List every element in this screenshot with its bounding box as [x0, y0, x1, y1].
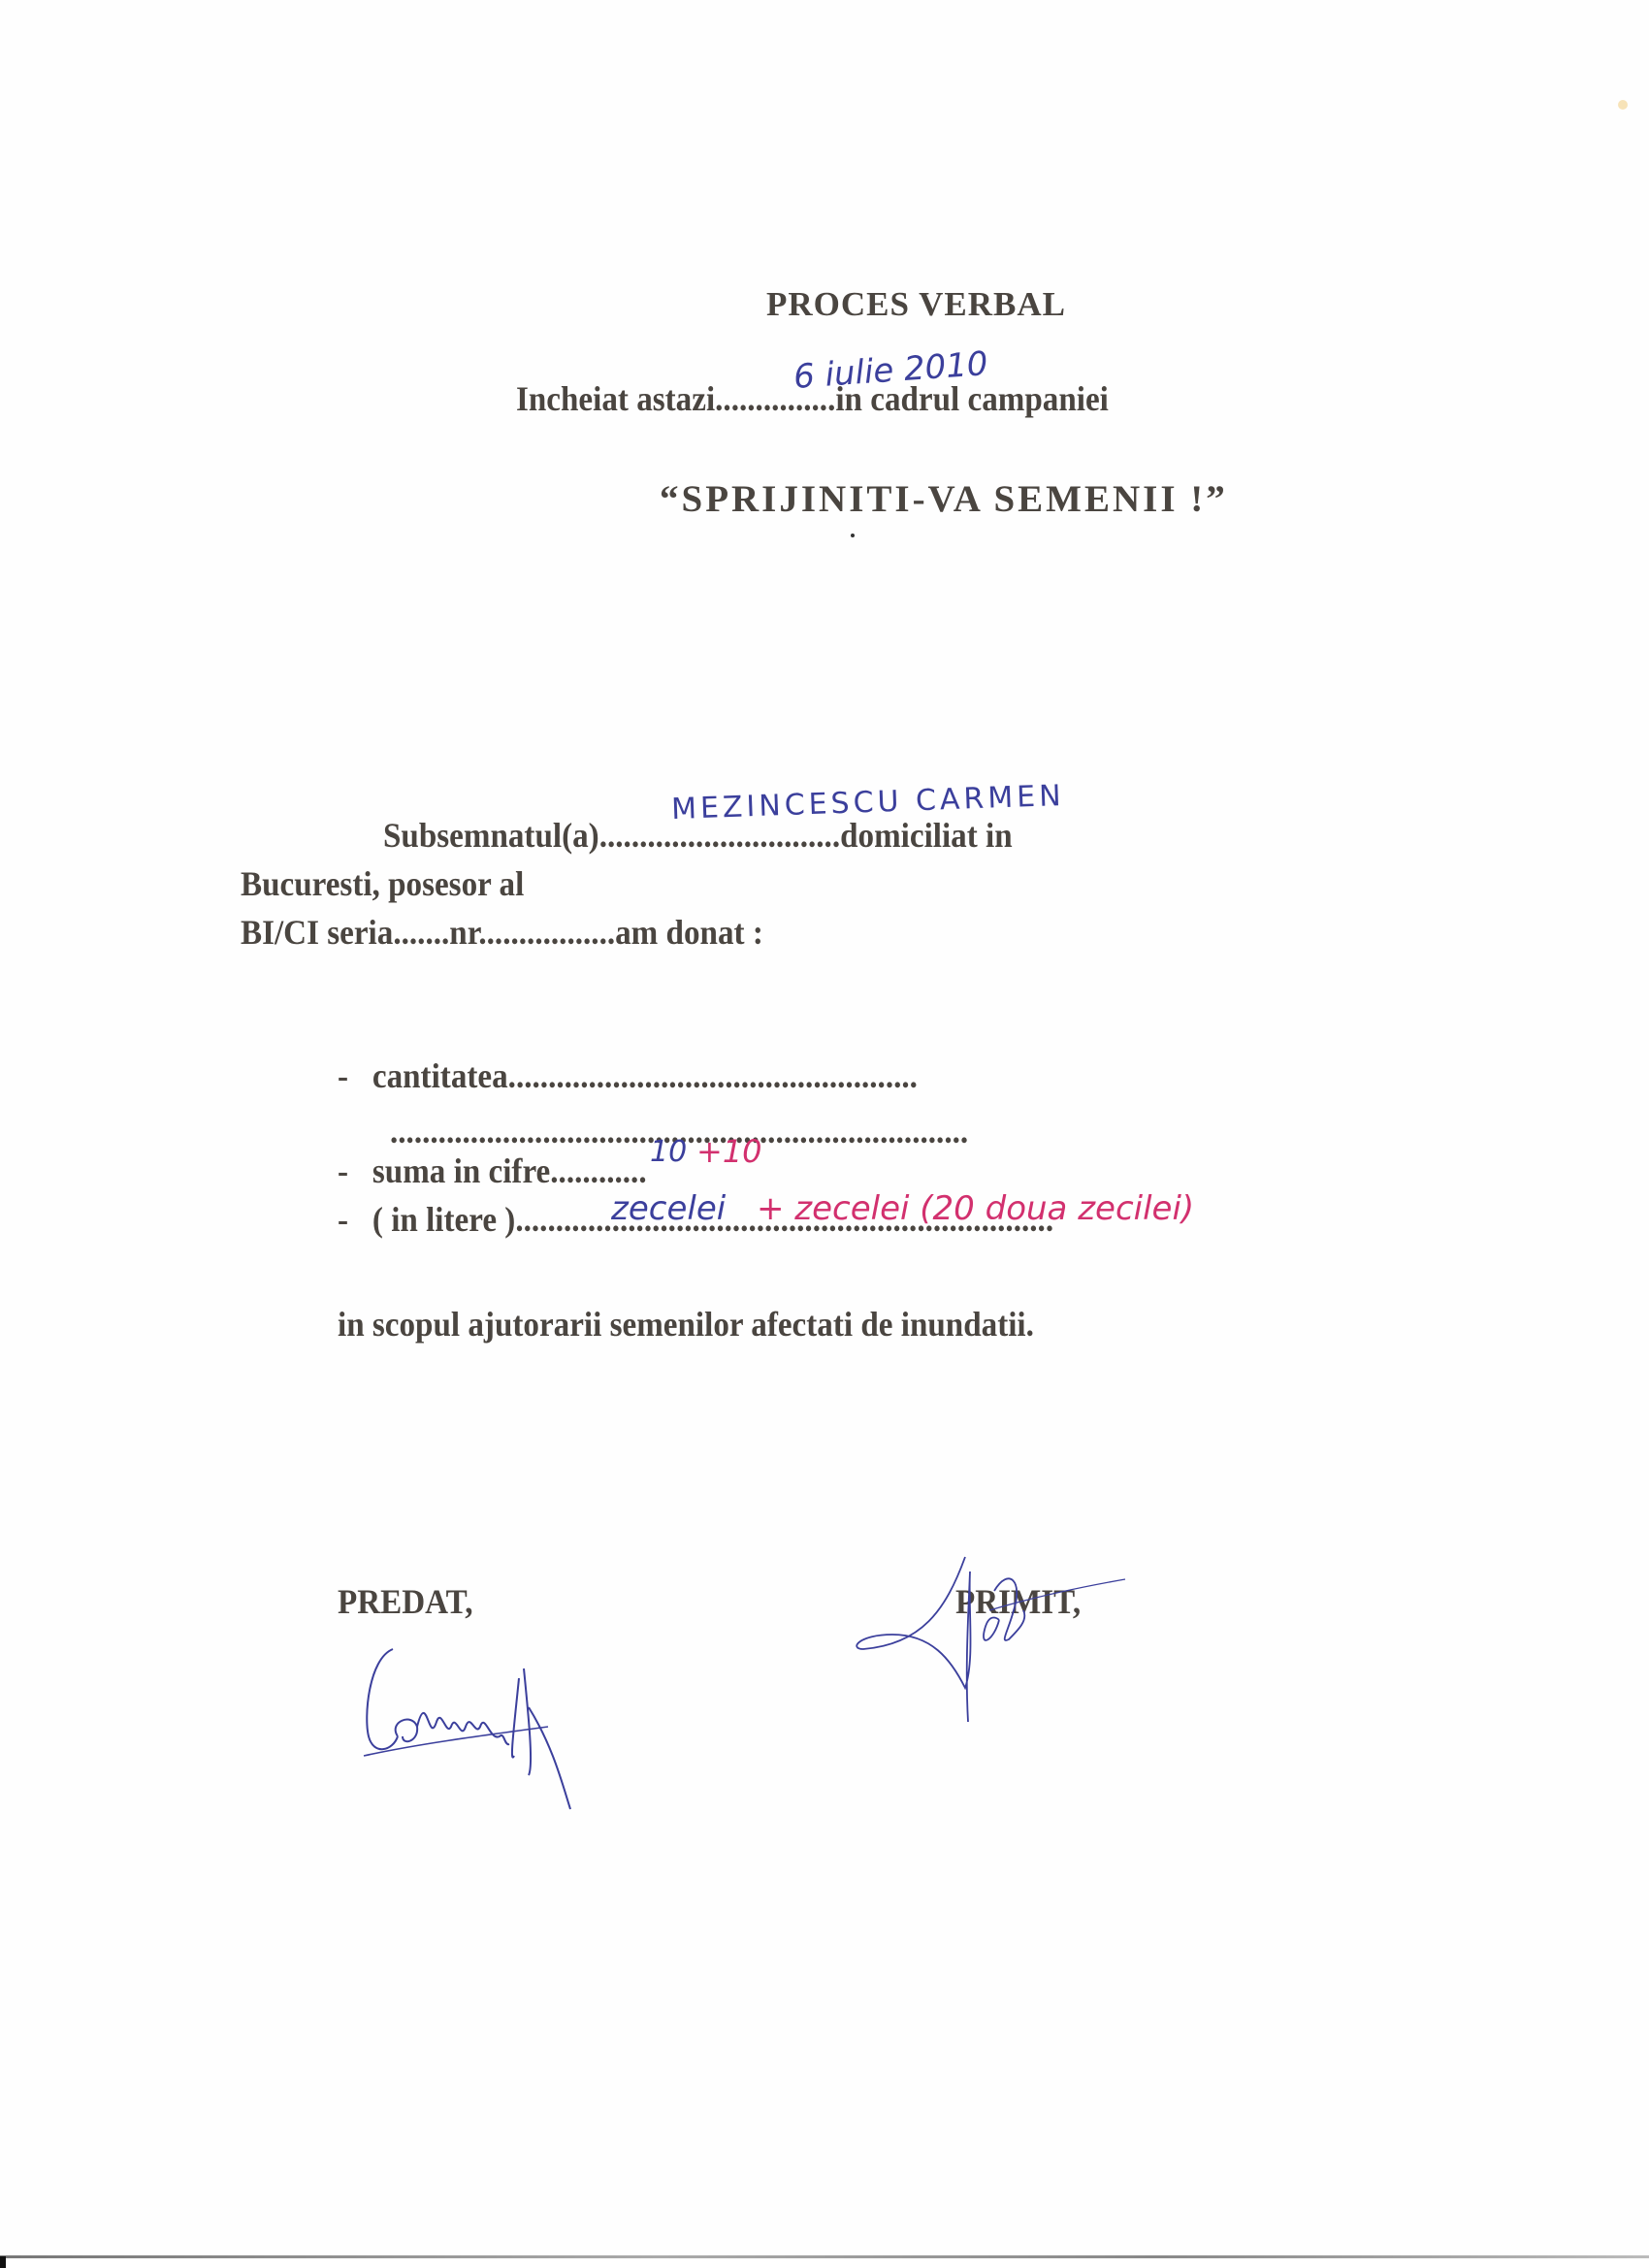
signature-received-icon: [854, 1552, 1145, 1746]
handwritten-sum-pink: +10: [696, 1133, 762, 1170]
item-bullet: -: [338, 1151, 348, 1190]
scan-speck: [1618, 100, 1628, 110]
id-line: BI/CI seria.......nr.................am …: [241, 912, 763, 953]
campaign-name: “SPRIJINITI-VA SEMENII !”: [660, 477, 1228, 521]
id-series-dots: .......: [393, 913, 449, 952]
item-dots: ............: [550, 1151, 646, 1190]
purpose-line: in scopul ajutorarii semenilor afectati …: [338, 1304, 1034, 1345]
donated-label: am donat :: [615, 913, 763, 952]
undersigned-label: Subsemnatul(a): [383, 816, 599, 855]
item-label: cantitatea: [372, 1056, 508, 1095]
handwritten-sum-blue: 10: [650, 1135, 687, 1169]
item-label: suma in cifre: [372, 1151, 550, 1190]
item-quantity: - cantitatea............................…: [338, 1055, 918, 1096]
id-nr-dots: .................: [478, 913, 615, 952]
domicile-label: domiciliat in: [840, 816, 1013, 855]
city-line: Bucuresti, posesor al: [241, 863, 524, 904]
signature-handed-icon: [359, 1630, 689, 1824]
stray-mark: [851, 534, 855, 537]
id-line-prefix: BI/CI seria: [241, 913, 393, 952]
handwritten-words-pink: + zecelei (20 doua zecilei): [757, 1189, 1194, 1228]
item-sum-digits: - suma in cifre............: [338, 1150, 647, 1191]
scanned-page: PROCES VERBAL Incheiat astazi...........…: [0, 0, 1649, 2268]
scan-bottom-strip: [0, 2258, 1649, 2268]
handed-label: PREDAT,: [338, 1581, 473, 1622]
item-label: ( in litere ): [372, 1200, 515, 1239]
scan-corner-mark: [0, 2256, 6, 2268]
id-nr-label: nr: [449, 913, 478, 952]
item-dots: ........................................…: [508, 1056, 918, 1095]
item-bullet: -: [338, 1056, 348, 1095]
handwritten-words-blue: zecelei: [611, 1189, 726, 1228]
item-bullet: -: [338, 1200, 348, 1239]
document-title: PROCES VERBAL: [766, 285, 1066, 324]
concluded-prefix: Incheiat astazi: [516, 379, 715, 418]
